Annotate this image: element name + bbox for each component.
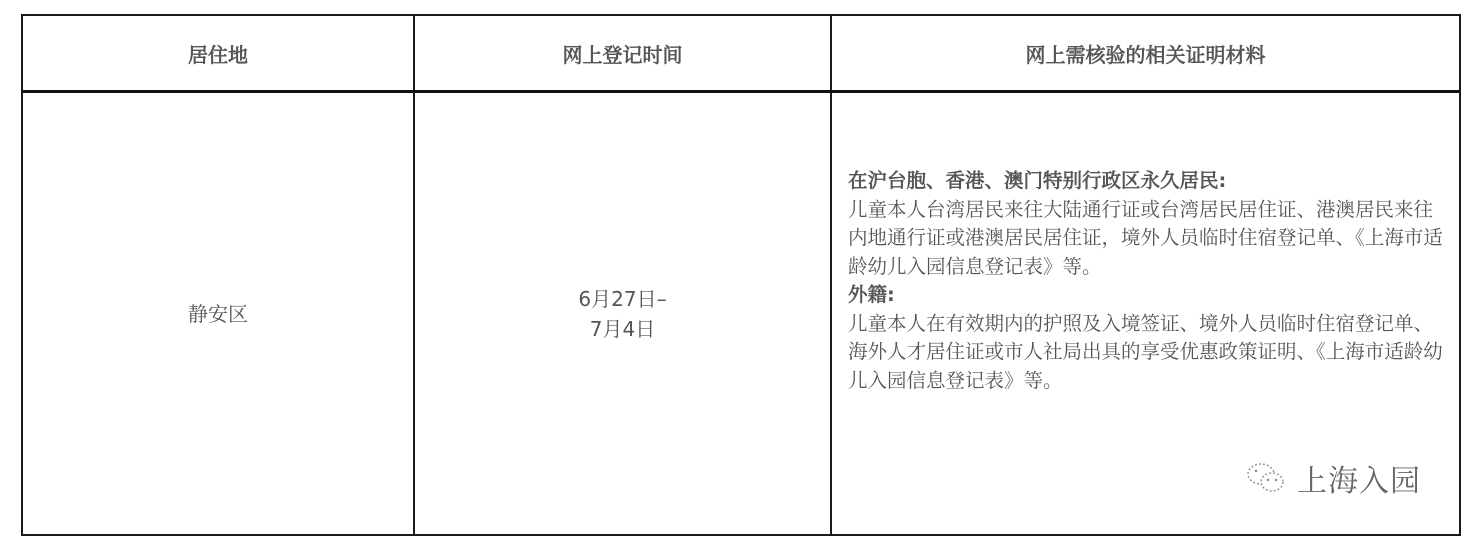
time-text: 6月27日– 7月4日 [415,93,830,534]
header-cell-residence: 居住地 [23,16,413,90]
header-cell-materials: 网上需核验的相关证明材料 [830,16,1459,90]
time-end: 7月4日 [578,314,666,344]
watermark-text: 上海入园 [1297,456,1421,500]
district-text: 静安区 [23,93,413,534]
table-header-row: 居住地 网上登记时间 网上需核验的相关证明材料 [23,16,1459,93]
header-materials-label: 网上需核验的相关证明材料 [832,16,1459,90]
materials-text: 在沪台胞、香港、澳门特别行政区永久居民: 儿童本人台湾居民来往大陆通行证或台湾居… [848,167,1445,395]
cell-district: 静安区 [23,93,413,534]
watermark: 上海入园 [1245,456,1421,500]
registration-table: 居住地 网上登记时间 网上需核验的相关证明材料 静安区 6月27日– 7月4日 … [21,14,1461,536]
cell-time: 6月27日– 7月4日 [413,93,830,534]
header-time-label: 网上登记时间 [415,16,830,90]
cell-materials: 在沪台胞、香港、澳门特别行政区永久居民: 儿童本人台湾居民来往大陆通行证或台湾居… [830,93,1459,534]
header-residence-label: 居住地 [23,16,413,90]
header-cell-time: 网上登记时间 [413,16,830,90]
time-start: 6月27日– [578,284,666,314]
table-row: 静安区 6月27日– 7月4日 在沪台胞、香港、澳门特别行政区永久居民: 儿童本… [23,93,1459,534]
section-title-foreign: 外籍: [848,281,1445,310]
section-text-hk-mo-tw: 儿童本人台湾居民来往大陆通行证或台湾居民居住证、港澳居民来往内地通行证或港澳居民… [848,196,1445,282]
section-text-foreign: 儿童本人在有效期内的护照及入境签证、境外人员临时住宿登记单、海外人才居住证或市人… [848,310,1445,396]
section-title-hk-mo-tw: 在沪台胞、香港、澳门特别行政区永久居民: [848,167,1445,196]
wechat-icon [1245,461,1289,495]
